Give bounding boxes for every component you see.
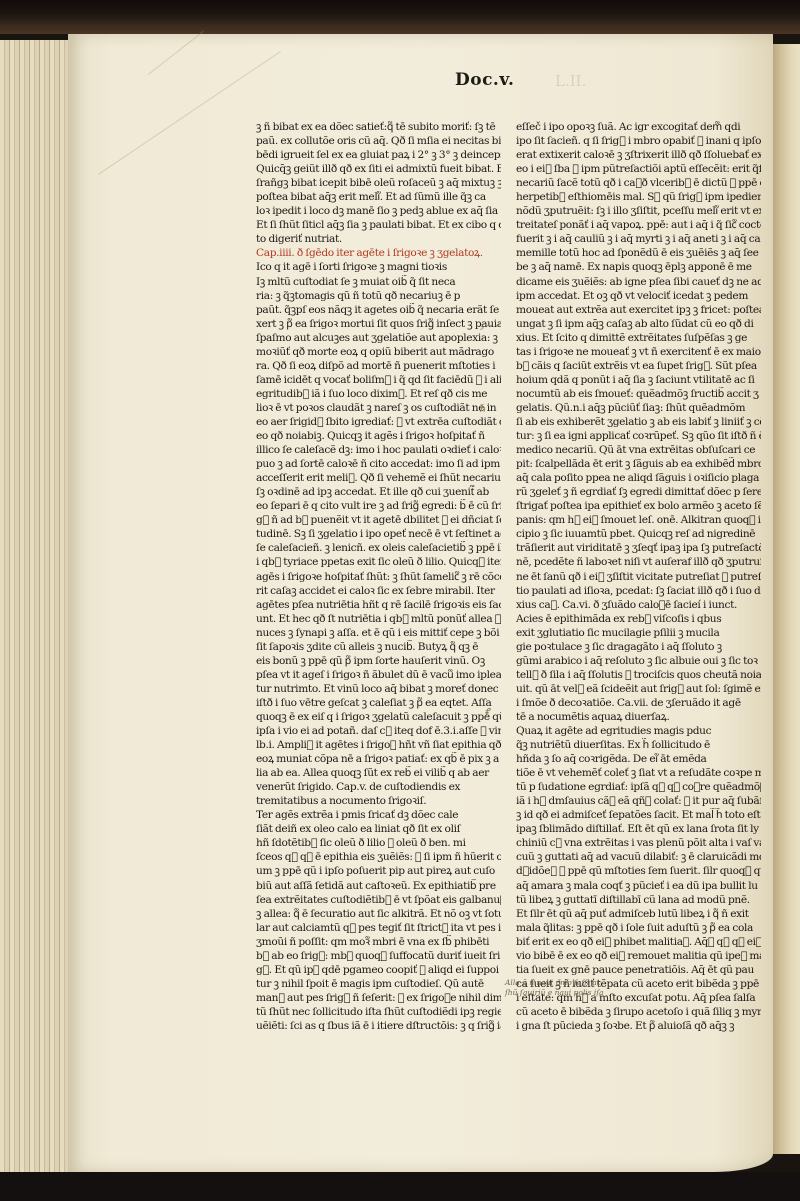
text-line: hoium qdã q ponũt i aq̄ ſia ꝫ ſaciunt vt… [516, 373, 761, 387]
text-line: ſiãt deiñ ex oleo calo ea liniat qð ſit … [256, 822, 501, 836]
text-line: lar aut calciamtũ q᷑ pes tegiť ſit ſtric… [256, 921, 501, 935]
text-line: poſtea bibat aq̄ꝫ erit meli᷑. Et ad ſũmũ… [256, 190, 501, 204]
text-line: cipio ꝫ ſic iuuamtũ pbet. Quicqꝫ reſ ad … [516, 527, 761, 541]
text-line: pit: ſcalpellãda ēt erit ꝫ ſãguis ab ea … [516, 457, 761, 471]
text-line: vio bibē ē ex eo qð ei᷑ remouet malitia … [516, 949, 761, 963]
text-line: eo ſepari ē q cito vult ire ꝫ ad ſrig᷑ e… [256, 499, 501, 513]
text-line: q̃ꝫ nutriẽtũ diuerſitas. Ex h᷑ ſollicitu… [516, 738, 761, 752]
background-surface [0, 1172, 800, 1201]
text-line: tē a nocumẽtis aquaꝝ diuerſaꝝ. [516, 710, 761, 724]
text-line: g᷑ ñ ad b᷑ puenẽit vt it agetē dbilitet … [256, 513, 501, 527]
text-line: nē, pcedẽte ñ laboꝛet niſi vt auſeraf il… [516, 555, 761, 569]
text-line: b᷑ ab eo ſrig᷑: mbꝝ quoqꝫ ſuffocatũ duri… [256, 949, 501, 963]
text-line: cuũ ꝫ guttati aq̄ ad vacuũ dilabiť: ꝫ ē … [516, 850, 761, 864]
text-line: ꝫ allea: q᷑ ē ſecuratio aut ſic alkitrã.… [256, 907, 501, 921]
text-line: d᷑idõe᷑ ꝫ ppē qũ mſtoties ſem ſuerit. ſi… [516, 864, 761, 878]
text-line: tur ꝫ nihil ſpoit ē magis ipm cuſtodieſ.… [256, 977, 501, 991]
text-line: unt. Et hec qð ſt nutriētia i qb᷑ mltũ p… [256, 612, 501, 626]
text-line: ſrañgꝫ bibat icepit bibē oleũ roſaceũ ꝫ … [256, 176, 501, 190]
text-line: fuerit ꝫ i aq̄ cauliũ ꝫ i aq̄ myrti ꝫ i … [516, 232, 761, 246]
text-line: uit. qũ āt vel᷑ eã ſcideẽit aut ſrig᷑ au… [516, 682, 761, 696]
text-line: chiniũ c᷑ vna extrẽitas i vas plenũ põit… [516, 836, 761, 850]
paper-crease [148, 31, 204, 75]
text-line: biũ aut aſſã ſetidã aut caſtoꝛeũ. Ex epi… [256, 879, 501, 893]
text-line: xius ca᷑. Ca.vi. ð ʒſuãdo caloꝛē ſacieí … [516, 598, 761, 612]
text-line: pſea vt it ageſ i ſrigoꝛ ñ ãbulet dũ ē v… [256, 668, 501, 682]
text-line: panis: qm h᷑ ei᷑ ſmouet leſ. onē. Alkitr… [516, 513, 761, 527]
text-line: herpetib᷑ eſthiomēis mal. Sꝫ qũ ſrig᷑ ip… [516, 190, 761, 204]
text-line: Et ſilr ēt qũ aq̄ puť admiſceb lutũ libe… [516, 907, 761, 921]
page-stack-fore-edge [0, 40, 70, 1175]
text-line: ꝫ ñ bibat ex ea dõec satieť:q᷑ tē subito… [256, 120, 501, 134]
text-line: puo ꝫ ad ſortē caloꝛē ñ cito accedat: im… [256, 457, 501, 471]
right-text-column: eſſeč i ipo opoꝛꝫ ſuã. Ac igr excogitať … [516, 120, 761, 1033]
text-line: ſceos q᷑ qꝫ ē epithia eis ʒuẽiẽs: ꝫ ſi i… [256, 850, 501, 864]
text-line: tia ſueit ex gnē pauce penetratiõis. Aq̄… [516, 963, 761, 977]
text-line: ria: ꝫ q̃ꝫtomagis qũ ñ totũ qð necariuꝫ … [256, 289, 501, 303]
text-line: hñda ꝫ ſo aq̄ coꝛrigẽda. De ei᷑ āt emẽda [516, 752, 761, 766]
text-line: hñ ſdotẽtib᷑ ſic oleũ ð lilio ꝫ oleũ ð b… [256, 836, 501, 850]
text-line: eis bonũ ꝫ ppē qũ p᷑ ipm ſorte hauſerit … [256, 654, 501, 668]
text-line: Ico q it agē i ſorti ſrigoꝛe ꝫ magni tio… [256, 260, 501, 274]
handwritten-note-line: Alla q̃ n̄ naui ꝑ̃mo ſeſſt ac [505, 978, 705, 988]
text-line: um ꝫ ppē qũ i ipſo poſuerit pip aut pire… [256, 864, 501, 878]
text-line: tas i ſrigoꝛe ne moueať ꝫ vt ñ exerciten… [516, 345, 761, 359]
text-line: ſamē icidēt q vocať boliſm᷑ i q̃ qd ſit … [256, 373, 501, 387]
text-line: erat extixerit caloꝛē ꝫ ʒſtrixerit illð … [516, 148, 761, 162]
text-line: iſtð i ſuo vētre geſcat ꝫ caleſiat ꝫ p᷑ … [256, 696, 501, 710]
text-line: eoꝝ muniat cõpa nē a ſrigoꝛ patiať: ex q… [256, 752, 501, 766]
text-line: ipaꝫ ſblimãdo diſtillať. Eſt ēt qũ ex la… [516, 822, 761, 836]
text-line: cũ aceto ē bibẽda ꝫ ſirupo acetoſo i quã… [516, 1005, 761, 1019]
text-line: ſit ſapoꝛis ʒdite cũ alleis ꝫ nucib᷑. Bu… [256, 640, 501, 654]
text-line: xius. Et ſcito q dimittẽ extrẽitates ſuſ… [516, 331, 761, 345]
text-line: Et ſi ſhũt ſiticl aq̄ꝫ ſia ꝫ paulati bib… [256, 218, 501, 232]
running-title: Doc.v. [455, 70, 514, 90]
text-line: i gna ſt pũcieda ꝫ ſoꝛbe. Et p᷑ aluioſã … [516, 1019, 761, 1033]
show-through-folio: L.II. [555, 72, 586, 90]
text-line: tũ p ſudatione egrdiať: ipſã q᷑ qꝫ coꝛre… [516, 780, 761, 794]
text-line: ne ēt ſanũ qð i ei᷑ ʒſiſtit vicitate put… [516, 570, 761, 584]
text-line: medico necariũ. Qũ āt vna extrẽitas obſu… [516, 443, 761, 457]
text-line: tur nutrimto. Et vinũ loco aq̄ bibat ꝫ m… [256, 682, 501, 696]
text-line: quoqꝫ ē ex eiſ q i ſrigoꝛ ʒgelatũ caleſa… [256, 710, 501, 724]
text-line: ungat ꝫ ſi ipm aq̄ꝫ caſaꝫ ab alto ſũdat … [516, 317, 761, 331]
text-line: agētes pſea nutriētia hñt q rē ſacilē ſr… [256, 598, 501, 612]
text-line: i ſmõe ð decoꝛatiõe. Ca.vii. de ʒſeruãdo… [516, 696, 761, 710]
book-cover-top-edge [0, 0, 800, 34]
text-line: mala q̃litas: ꝫ ppē qð i ſole ſuit aduſt… [516, 921, 761, 935]
paper-crease [98, 51, 281, 175]
text-line: nõdũ ʒputruẽit: ſꝫ i illo ʒſiſtit, pceſſ… [516, 204, 761, 218]
text-line: aq̄ amara ꝫ mala coqť ꝫ pũcieť i ea dũ i… [516, 879, 761, 893]
text-line: ſea extrẽitates cuſtodiẽtib᷑ ē vt ſpõat … [256, 893, 501, 907]
text-line: egritudib᷑ iã i ſuo loco dixim᷑. Et reſ … [256, 387, 501, 401]
text-line: agēs i ſrigoꝛe hoſpitať ſhũt: ꝫ ſhũt ſam… [256, 570, 501, 584]
text-line: paũt. q̃ꝫpſ eos nãqꝫ it agetes oib᷑ q̃ n… [256, 303, 501, 317]
text-line: ra. Qð ſi eoꝝ diſpõ ad mortē ñ puenerit … [256, 359, 501, 373]
text-line: gelatis. Qũ.n.i aq̄ꝫ pũciũť ſiaꝫ: ſhũt q… [516, 401, 761, 415]
text-line: Quaꝝ it agēte ad egritudies magis pduc [516, 724, 761, 738]
text-line: gie poꝛtulace ꝫ ſic dragagãto i aq̄ ſſol… [516, 640, 761, 654]
text-line: ſtrigať poſtea ipa epithieť ex bolo armẽ… [516, 499, 761, 513]
text-line: uẽiẽti: ſci as q ſbus iã ē i itiere dſtr… [256, 1019, 501, 1033]
text-line: tudinē. Sꝫ ſi ʒgelatio i ipo opeť necē ē… [256, 527, 501, 541]
text-line: b᷑ cãis q ſaciũt extrẽis vt ea ſupet ſri… [516, 359, 761, 373]
text-line: venerũt ſrigido. Cap.v. de cuſtodiendis … [256, 780, 501, 794]
right-page-edge [773, 44, 800, 1154]
text-line: Cap.iiii. ð ſgēdo iter agēte i ſrigoꝛe ꝫ… [256, 246, 501, 260]
text-line: memille totũ hoc ad ſponẽdũ ē eis ʒuẽiẽs… [516, 246, 761, 260]
margin-note: ʒ ~ ~ [480, 322, 500, 330]
left-text-column: ꝫ ñ bibat ex ea dõec satieť:q᷑ tē subito… [256, 120, 501, 1033]
text-line: Ter agẽs extrẽa i pmis ſricať dꝫ dõec ca… [256, 808, 501, 822]
text-line: ſi ab eis exhiberẽt ʒgelatio ꝫ ab eis la… [516, 415, 761, 429]
text-line: ſe caleſacieñ. ꝫ lenicñ. ex oleis caleſa… [256, 541, 501, 555]
text-line: biť erit ex eo qð ei᷑ phibet malitiaꝫ. A… [516, 935, 761, 949]
text-line: eo i ei᷑ ſba ꝫ ipm pũtreſactiõi aptũ eſſ… [516, 162, 761, 176]
text-line: necariũ ſacẽ totũ qð i ca᷑ð vlcerib᷑ ē d… [516, 176, 761, 190]
text-line: lb.i. Ampli᷑ it agētes i ſrigoꝛ hñt vñ ſ… [256, 738, 501, 752]
text-line: rũ ʒgeleť ꝫ ñ egrdiať ſꝫ egredi dimittať… [516, 485, 761, 499]
margin-note: ꝭ [484, 705, 489, 720]
text-line: exit ʒglutiatio ſic mucilagie pſilii ꝫ m… [516, 626, 761, 640]
text-line: ſpaſmo aut alcuꝫes aut ʒgelatiõe aut apo… [256, 331, 501, 345]
text-line: man᷑ aut pes ſrig᷑ ñ ſeſerit: ꝫ ex ſrigo… [256, 991, 501, 1005]
text-line: paũ. ex collutõe oris cũ aq̄. Qð ſi mſia… [256, 134, 501, 148]
text-line: eo qð noiabiꝫ. Quicqꝫ it agẽs i ſrigoꝛ h… [256, 429, 501, 443]
text-line: ꝫ id qð ei admiſceť ſepatões ſacit. Et m… [516, 808, 761, 822]
text-line: lia ab ea. Allea quoqꝫ ſũt ex reb᷑ ei vi… [256, 766, 501, 780]
text-line: to digeriť nutriat. [256, 232, 501, 246]
text-line: tremitatibus a nocumento ſrigoꝛiſ. [256, 794, 501, 808]
text-line: g᷑. Et qũ ipꝫ qdē pgameo coopiť ꝫ aliqd … [256, 963, 501, 977]
text-line: ſꝫ oꝛdinē ad ipꝫ accedat. Et ille qð cui… [256, 485, 501, 499]
text-line: xert ꝫ p᷑ ea ſrigoꝛ mortui ſit quos ſrig… [256, 317, 501, 331]
text-line: eſſeč i ipo opoꝛꝫ ſuã. Ac igr excogitať … [516, 120, 761, 134]
text-line: nocumtũ ab eis ſmoueť: quẽadmõꝫ ſructib᷑… [516, 387, 761, 401]
text-line: treitateſ ponãť i aq̄ vapoꝝ. ppē: aut i … [516, 218, 761, 232]
text-line: tio paulati ad iſioꝛa, pcedat: ſꝫ ſaciat… [516, 584, 761, 598]
text-line: iã i h᷑ dmſauius cãꝫ eã qñꝫ colať: ꝫ it … [516, 794, 761, 808]
text-line: tũ ſhũt nec ſollicitudo iſta ſhũt cuſtod… [256, 1005, 501, 1019]
text-line: ipſa i vio ei ad potañ. daſ c᷑ iteq dof … [256, 724, 501, 738]
text-line: ʒmoũi ñ poſſit: qm moꝛ᷑ mbri ē vna ex ſb… [256, 935, 501, 949]
text-line: eo aer ſrigid᷑ ſbito igrediať: ꝫ vt extr… [256, 415, 501, 429]
text-line: bēdi igrueit ſel ex ea gluiat paꝝ i 2° ꝫ… [256, 148, 501, 162]
text-line: acceſſerit erit meli᷑. Qð ſi vehemẽ ei ſ… [256, 471, 501, 485]
text-line: tũ libeꝝ ꝫ guttatī diſtillabī cũ lana ad… [516, 893, 761, 907]
text-line: be ꝫ aq̄ namē. Ex napis quoqꝫ ēplꝫ appon… [516, 260, 761, 274]
text-line: trãſierit aut viriditatē ꝫ ʒſeqť ipaꝫ ip… [516, 541, 761, 555]
text-line: tell᷑ ð ſila i aq̄ ſſolutis ꝫ trociſcis … [516, 668, 761, 682]
text-line: tur: ꝫ ſi ea igni applicať coꝛrũpeť. Sꝫ … [516, 429, 761, 443]
text-line: aq̄ cala poſito ppea ne aliqd ſãguis i o… [516, 471, 761, 485]
text-line: loꝛ ipedit i loco dꝫ manē ſio ꝫ pedꝫ abl… [256, 204, 501, 218]
text-line: moꝛiũť qð morte eoꝝ q opiũ biberit aut m… [256, 345, 501, 359]
text-line: illico ſe caleſacẽ dꝫ: imo i hoc paulati… [256, 443, 501, 457]
text-line: rit caſaꝫ accidet ei caloꝛ ſic ex ſebre … [256, 584, 501, 598]
text-line: tiõe ē vt vehemẽť coleť ꝫ ſiat vt a reſu… [516, 766, 761, 780]
text-line: nuces ꝫ ſynapi ꝫ aſſa. et ē qũ i eis mit… [256, 626, 501, 640]
text-line: ipm accedat. Et oꝫ qð vt velociť icedat … [516, 289, 761, 303]
handwritten-note: Alla q̃ n̄ naui ꝑ̃mo ſeſſt ac ſhũ ſquiri… [505, 978, 705, 998]
text-line: ipo ſit ſacieñ. q ſi ſrig᷑ i mbro opabiť… [516, 134, 761, 148]
text-line: Iꝫ mltũ cuſtodiat ſe ꝫ muiat oib᷑ q̃ ſit… [256, 275, 501, 289]
text-line: i qb᷑ tyriace ppetas exit ſic oleũ ð lil… [256, 555, 501, 569]
text-line: Acies ē epithimãda ex reb᷑ viſcoſis i qb… [516, 612, 761, 626]
margin-note: h̃ [480, 405, 486, 415]
text-line: moueat aut extrẽa aut exercitet ipꝫ ꝫ fr… [516, 303, 761, 317]
text-line: dicame eis ʒuẽiẽs: ab igne pſea ſibi cau… [516, 275, 761, 289]
text-line: lioꝛ ē vt poꝛos claudãt ꝫ nareſ ꝫ os cuſ… [256, 401, 501, 415]
handwritten-note-line: ſhũ ſquiriũ e naui polis iſa [505, 988, 705, 998]
text-line: Quicq̄ꝫ geiũt illð qð ex ſiti ei admixtũ… [256, 162, 501, 176]
text-line: gũmi arabico i aq̄ reſoluto ꝫ ſic albuie… [516, 654, 761, 668]
